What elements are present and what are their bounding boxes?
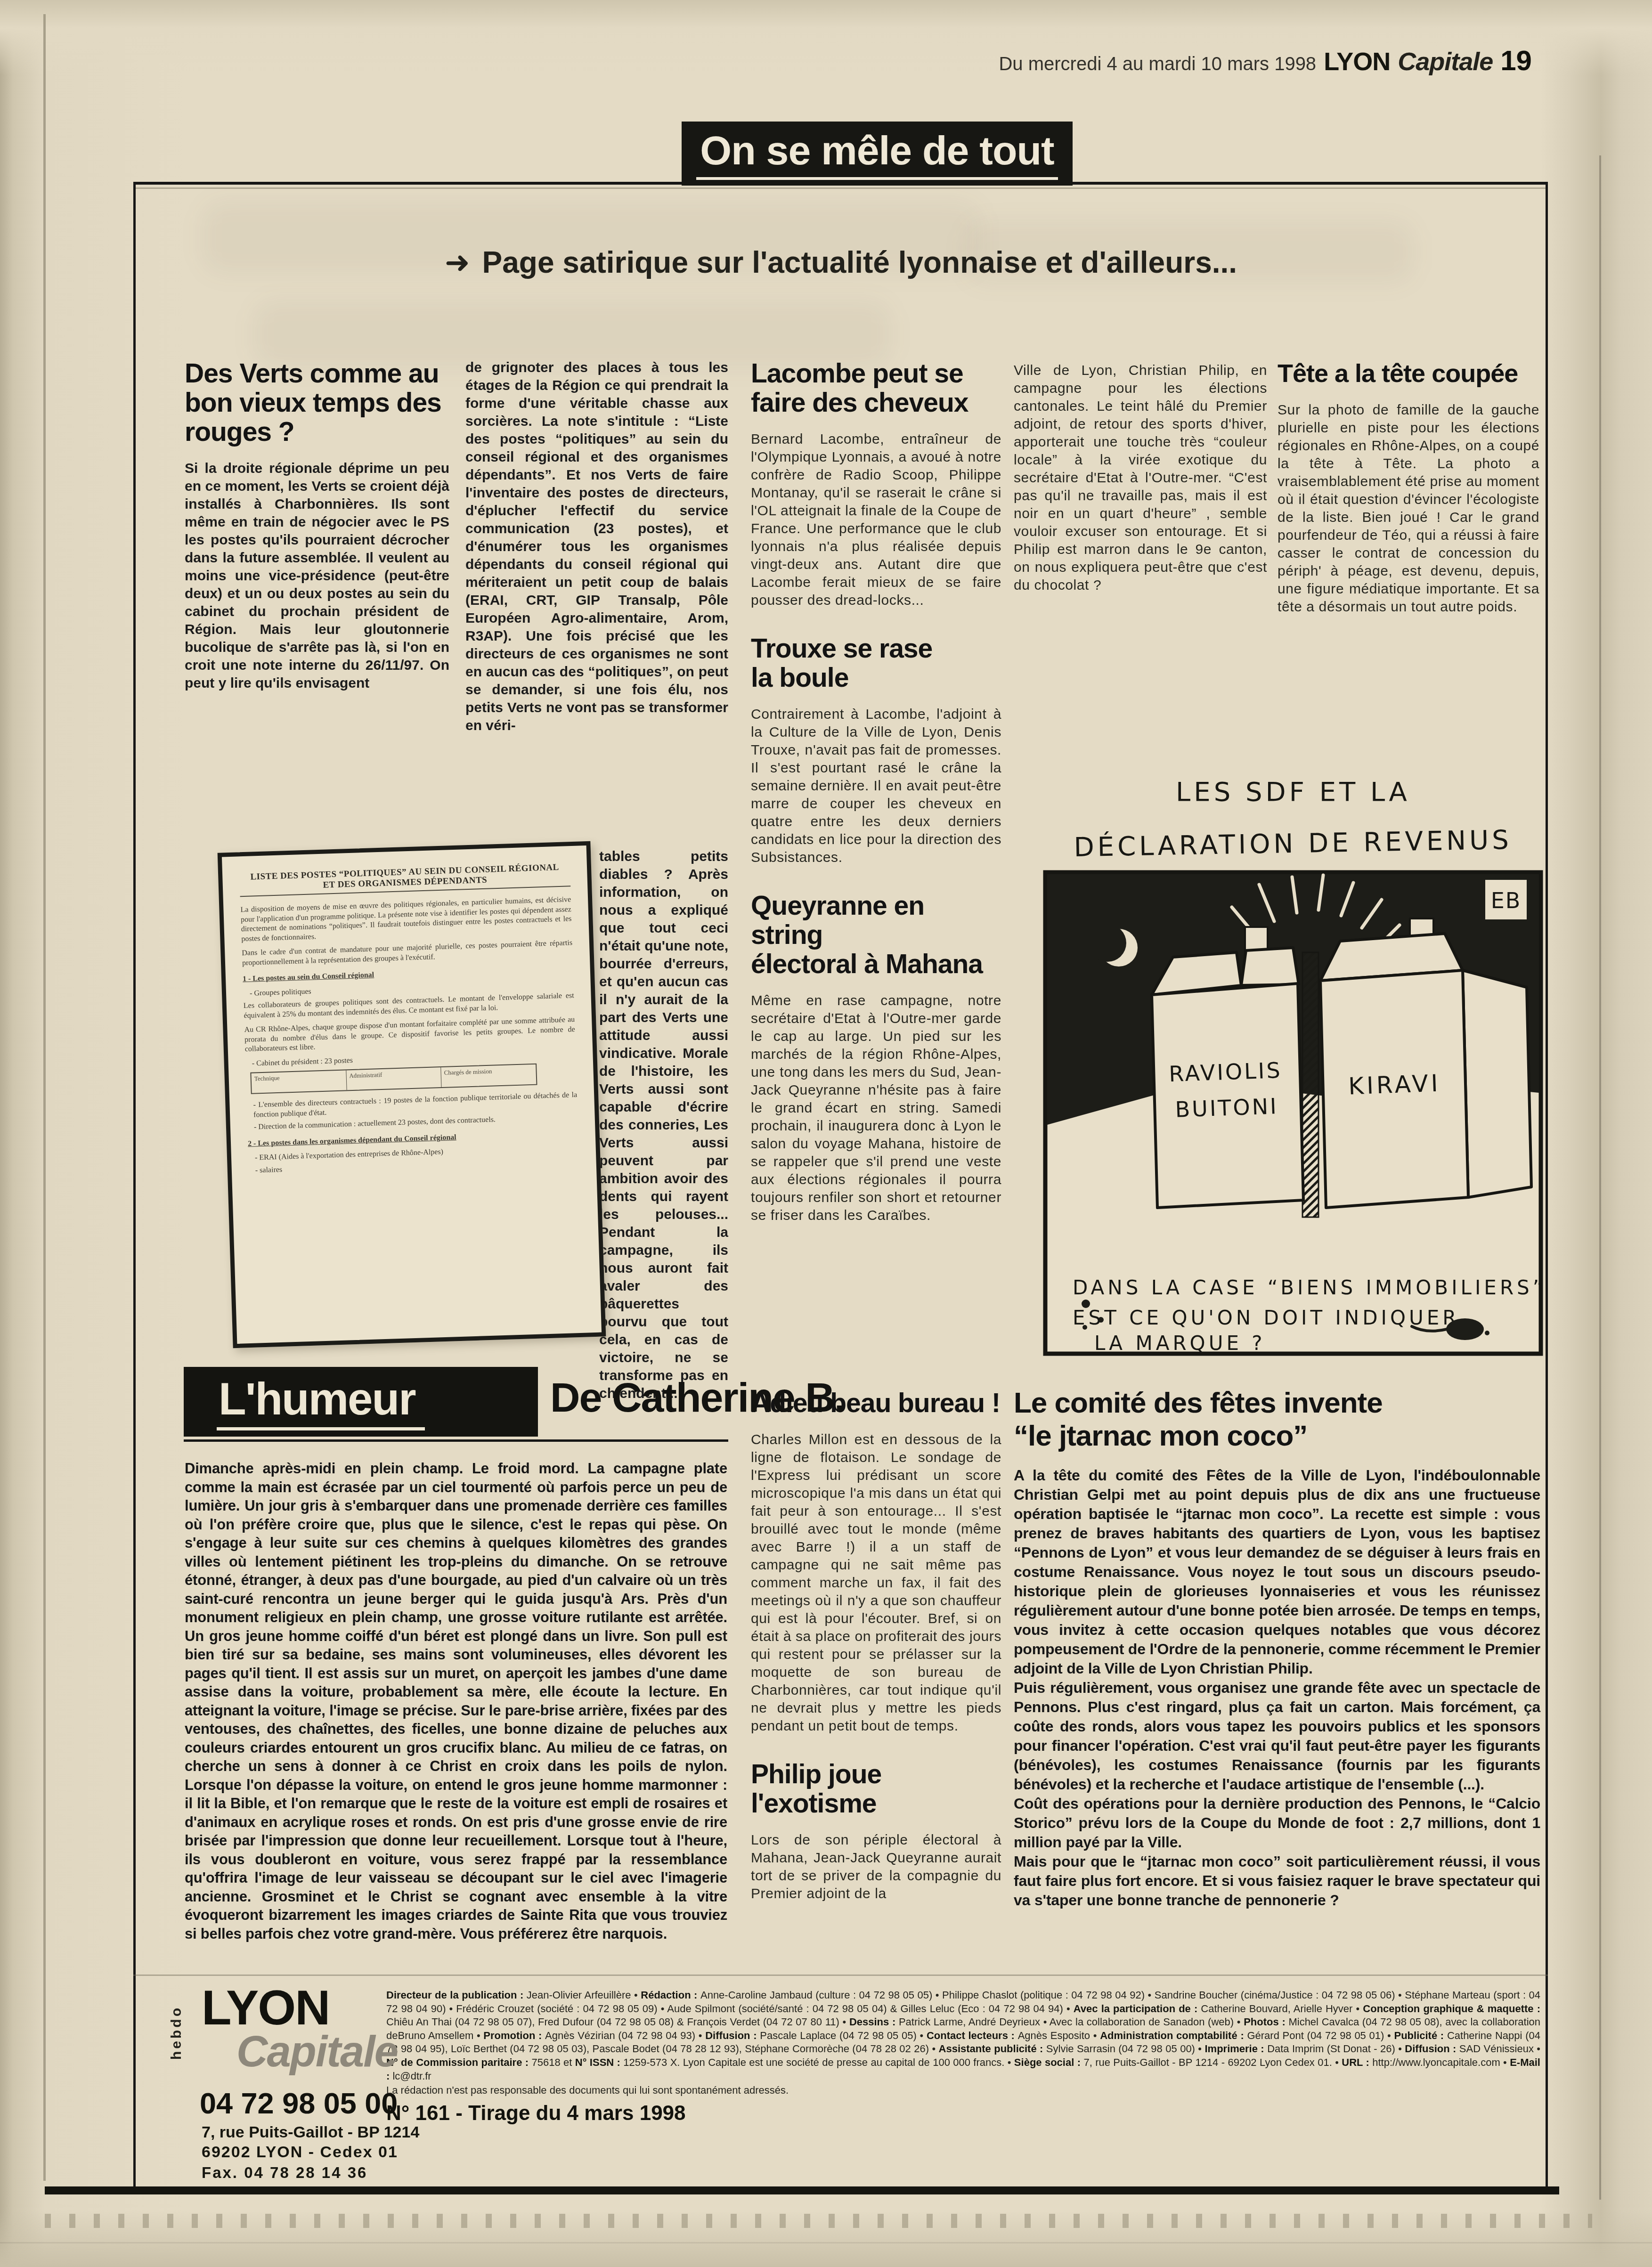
humeur-body: Dimanche après-midi en plein champ. Le f… [185,1459,727,1943]
article-trouxe-body: Contrairement à Lacombe, l'adjoint à la … [751,706,1001,867]
frame-left-rule [133,182,136,2193]
article-verts-body-2: de grignoter des places à tous les étage… [465,359,728,735]
article-queyranne-title: Queyranne en string électoral à Mahana [751,891,1001,979]
tagline-text: Page satirique sur l'actualité lyonnaise… [482,245,1237,279]
article-tete-body: Sur la photo de famille de la gauche plu… [1278,401,1539,616]
editorial-cartoon: LES SDF ET LA DÉCLARATION DE REVENUS EB … [1039,763,1547,1361]
internal-note-document: LISTE DES POSTES “POLITIQUES” AU SEIN DU… [218,841,606,1348]
bottom-crease [0,2242,1652,2243]
cartoon-caption-line1: DANS LA CASE “BIENS IMMOBILIERS” [1073,1276,1546,1299]
page-number: 19 [1500,44,1532,77]
humeur-byline: De Catherine B. [550,1373,845,1422]
article-lacombe-body: Bernard Lacombe, entraîneur de l'Olympiq… [751,431,1001,609]
cartoon-center-post [1302,952,1318,1217]
box-label-raviolis: RAVIOLIS [1168,1057,1282,1087]
article-verts-col1: Des Verts comme au bon vieux temps des r… [185,359,449,692]
page-header: Du mercredi 4 au mardi 10 mars 1998 LYON… [999,44,1532,77]
footer-address-line1: 7, rue Puits-Gaillot - BP 1214 [202,2123,419,2142]
humeur-rule [184,1439,728,1442]
page-fold-line [1599,155,1601,2200]
arrow-right-icon: ➜ [445,245,470,280]
footer-logo-capitale: Capitale [236,2027,398,2077]
article-queyranne-body: Même en rase campagne, notre secrétaire … [751,992,1001,1225]
brand-capitale: Capitale [1398,47,1493,76]
column-3-upper: Lacombe peut se faire des cheveux Bernar… [751,359,1001,1225]
footer-divider-rule [133,1974,1548,1976]
cartoon-caption-line2: EST CE QU'ON DOIT INDIQUER [1073,1306,1459,1329]
article-comite-p4: Mais pour que le “jtarnac mon coco” soit… [1014,1852,1540,1910]
frame-top-rule-2 [133,187,1548,189]
article-philip-title: Philip joue l'exotisme [751,1760,1001,1818]
box-label-buitoni: BUITONI [1175,1093,1279,1122]
article-philip-body-start: Lors de son périple électoral à Mahana, … [751,1831,1001,1903]
humeur-banner-title: L'humeur [217,1373,425,1430]
cartoon-signature: EB [1491,888,1522,913]
footer-right-block: Directeur de la publication : Jean-Olivi… [386,1989,1540,2125]
humeur-banner: L'humeur [184,1367,538,1437]
article-adieu-body: Charles Millon est en dessous de la lign… [751,1431,1001,1735]
film-perforation-strip [45,2214,1592,2228]
box-label-kiravi: KIRAVI [1348,1070,1441,1100]
footer-address-line2: 69202 LYON - Cedex 01 [202,2143,398,2161]
article-trouxe-title: Trouxe se rase la boule [751,634,1001,692]
masthead-disclaimer: La rédaction n'est pas responsable des d… [386,2084,1540,2097]
article-verts-body-1: Si la droite régionale déprime un peu en… [185,460,449,692]
issue-date-range: Du mercredi 4 au mardi 10 mars 1998 [999,54,1316,75]
scan-left-edge [43,14,46,2181]
article-comite-p2: Puis régulièrement, vous organisez une g… [1014,1678,1540,1794]
article-comite-p1: A la tête du comité des Fêtes de la Vill… [1014,1466,1540,1678]
bleedthrough-smudge [254,301,890,367]
issue-number-line: N° 161 - Tirage du 4 mars 1998 [386,2102,1540,2125]
footer-phone: 04 72 98 05 00 [200,2087,398,2121]
section-banner-title: On se mêle de tout [696,128,1058,180]
article-verts-title: Des Verts comme au bon vieux temps des r… [185,359,449,447]
article-comite-title: Le comité des fêtes invente “le jtarnac … [1014,1387,1540,1453]
masthead-text: Directeur de la publication : Jean-Olivi… [386,1989,1540,2083]
article-comite-p3: Coût des opérations pour la dernière pro… [1014,1794,1540,1852]
cartoon-title-line2: DÉCLARATION DE REVENUS [1074,825,1512,863]
article-lacombe-title: Lacombe peut se faire des cheveux [751,359,1001,417]
cartoon-caption-line3: LA MARQUE ? [1094,1332,1266,1355]
brand-lyon: LYON [1324,47,1390,76]
cartoon-title-line1: LES SDF ET LA [1176,777,1410,807]
tagline: ➜Page satirique sur l'actualité lyonnais… [134,245,1547,280]
section-banner: On se mêle de tout [682,122,1073,186]
article-tete-title: Tête a la tête coupée [1278,359,1539,388]
column-3-lower: Adieu beau bureau ! Charles Millon est e… [751,1389,1001,1903]
article-philip-body-end: Ville de Lyon, Christian Philip, en camp… [1014,362,1267,594]
note-lines: La disposition de moyens de mise en œuvr… [240,895,579,1176]
article-comite: Le comité des fêtes invente “le jtarnac … [1014,1387,1540,1910]
bottom-thick-rule [45,2186,1559,2194]
footer-fax: Fax. 04 78 28 14 36 [202,2164,367,2182]
footer-hebdo-label: hebdo [169,2006,185,2060]
article-tete: Tête a la tête coupée Sur la photo de fa… [1278,359,1539,616]
article-verts-body-3: tables petits diables ? Après informatio… [599,848,728,1403]
